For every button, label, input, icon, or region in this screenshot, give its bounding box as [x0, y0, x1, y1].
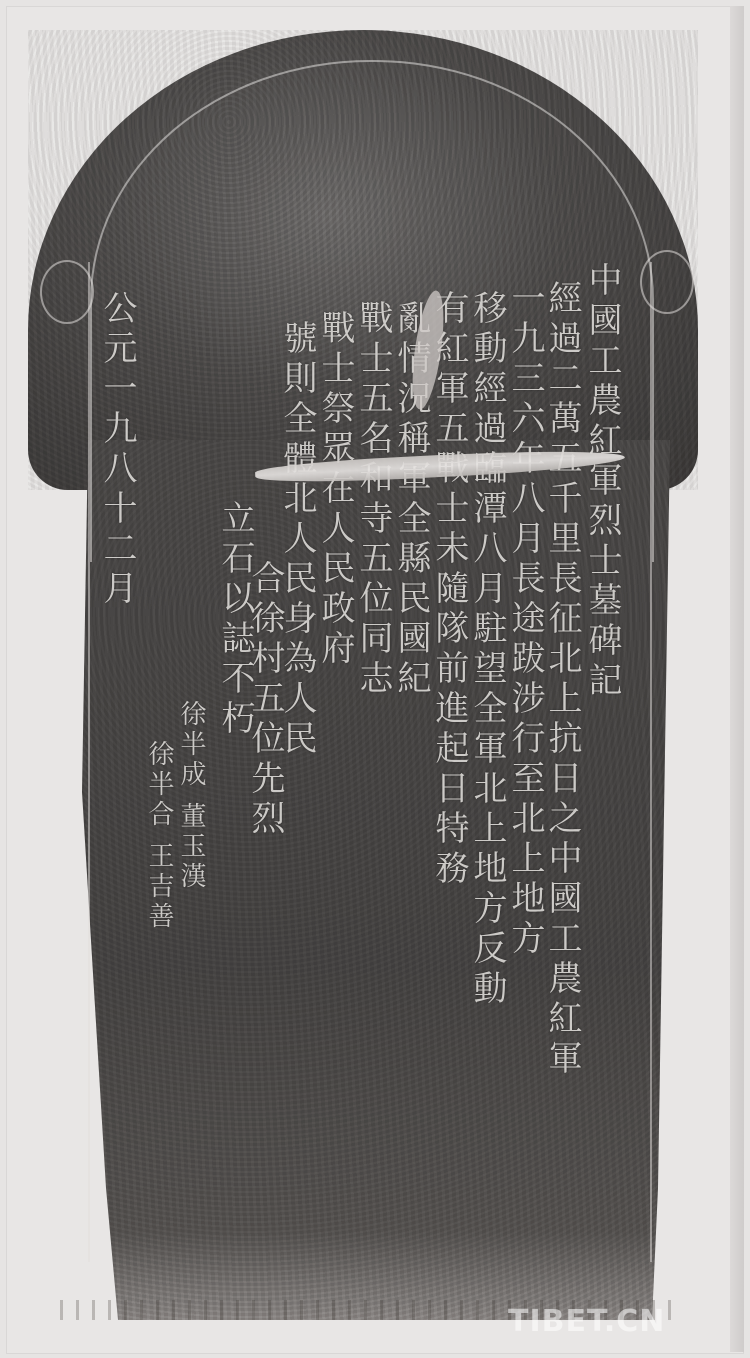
left-scroll-ornament	[40, 260, 94, 324]
watermark: TIBET.CN	[508, 1304, 665, 1339]
signatory-column: 徐半合 王吉善	[146, 740, 172, 932]
date-column: 公元一九八十二月	[100, 290, 134, 610]
inscription-title-column: 中國工農紅軍烈士墓碑記	[585, 262, 619, 702]
signatory-column: 徐半成 董玉漢	[178, 700, 204, 892]
inscription-column: 經過二萬五千里長征北上抗日之中國工農紅軍	[545, 280, 579, 1080]
inscription-column: 戰士五名和寺五位同志	[356, 300, 390, 700]
inscription-column: 一九三六年八月長途跋涉行至北上地方	[508, 280, 542, 960]
inscription-column: 戰士祭眾在人民政府	[318, 310, 352, 670]
right-scroll-ornament	[640, 250, 694, 314]
inscription-column: 號則全體北人民身為人民	[280, 320, 314, 760]
inscription-column: 移動經過臨潭八月駐望全軍北上地方反動	[470, 290, 504, 1010]
paper-edge	[730, 6, 744, 1352]
inscription-column: 立石以誌不朽	[218, 500, 252, 740]
inscription-column: 有紅軍五戰士未隨隊前進起日特務	[432, 290, 466, 890]
